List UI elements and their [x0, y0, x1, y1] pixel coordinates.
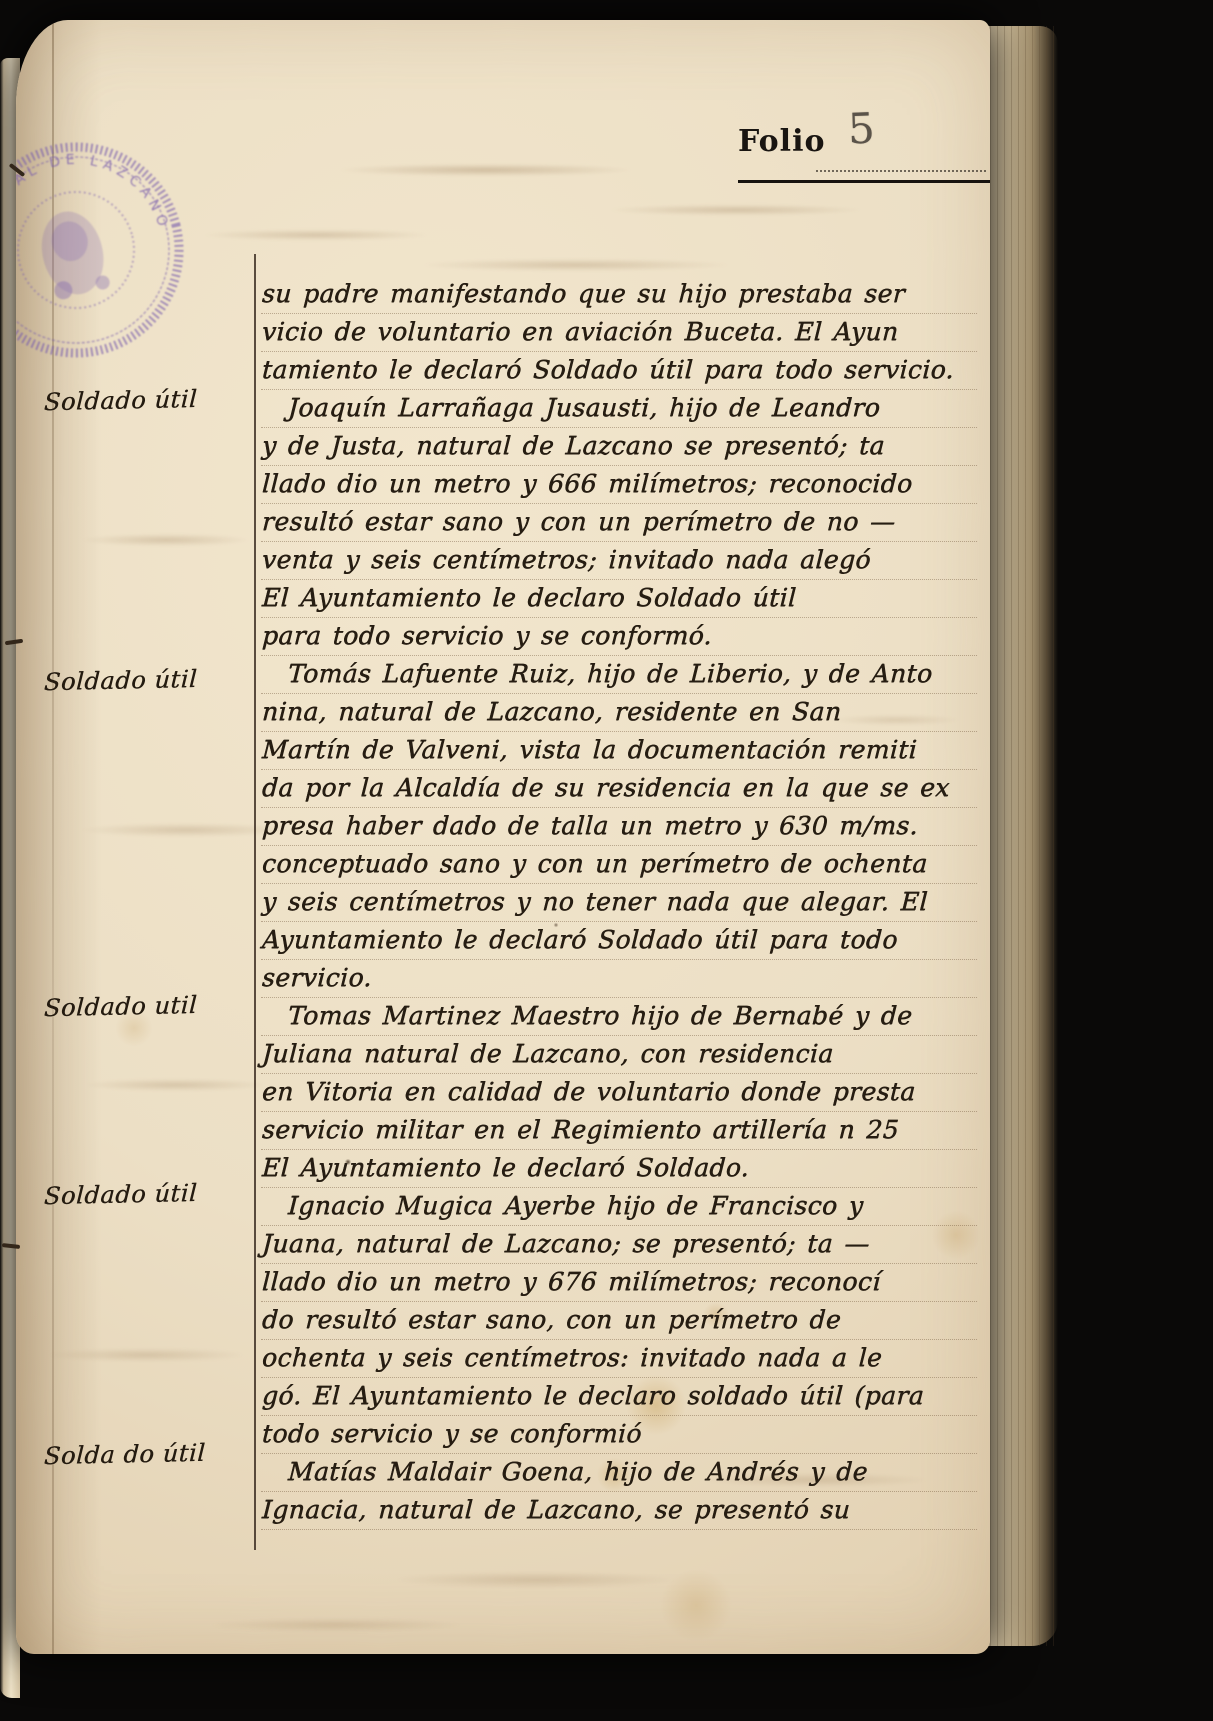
manuscript-line: Ignacio Mugica Ayerbe hijo de Francisco …	[261, 1188, 979, 1226]
margin-note: Soldado útil	[43, 664, 254, 696]
municipal-ink-stamp: CIONAL DE LAZCANO	[16, 128, 198, 372]
manuscript-line: Juana, natural de Lazcano; se presentó; …	[261, 1226, 979, 1264]
manuscript-line: Tomas Martinez Maestro hijo de Bernabé y…	[261, 998, 979, 1036]
manuscript-line: en Vitoria en calidad de voluntario dond…	[261, 1074, 979, 1112]
manuscript-line: y seis centímetros y no tener nada que a…	[261, 884, 979, 922]
folio-number: 5	[847, 104, 875, 154]
manuscript-line: conceptuado sano y con un perímetro de o…	[261, 846, 979, 884]
manuscript-line: gó. El Ayuntamiento le declaro soldado ú…	[261, 1378, 979, 1416]
manuscript-line: presa haber dado de talla un metro y 630…	[261, 808, 979, 846]
margin-note: Soldado útil	[43, 1178, 254, 1210]
manuscript-line: para todo servicio y se conformó.	[261, 618, 979, 656]
folio-underline	[738, 180, 990, 183]
manuscript-line: vicio de voluntario en aviación Buceta. …	[261, 314, 979, 352]
manuscript-line: servicio.	[261, 960, 979, 998]
manuscript-line: El Ayuntamiento le declaró Soldado.	[261, 1150, 979, 1188]
manuscript-line: llado dio un metro y 676 milímetros; rec…	[261, 1264, 979, 1302]
manuscript-line: todo servicio y se conformió	[261, 1416, 979, 1454]
manuscript-page: CIONAL DE LAZCANO Folio 5 Soldado útil S…	[16, 20, 990, 1654]
manuscript-line: resultó estar sano y con un perímetro de…	[261, 504, 979, 542]
manuscript-line: servicio militar en el Regimiento artill…	[261, 1112, 979, 1150]
manuscript-line: tamiento le declaró Soldado útil para to…	[261, 352, 979, 390]
manuscript-line: Tomás Lafuente Ruiz, hijo de Liberio, y …	[261, 656, 979, 694]
manuscript-line: nina, natural de Lazcano, residente en S…	[261, 694, 979, 732]
manuscript-line: llado dio un metro y 666 milímetros; rec…	[261, 466, 979, 504]
manuscript-line: su padre manifestando que su hijo presta…	[261, 276, 979, 314]
folio-dotted-line	[816, 170, 986, 172]
margin-note: Solda do útil	[43, 1438, 254, 1470]
manuscript-line: Ignacia, natural de Lazcano, se presentó…	[261, 1492, 979, 1530]
manuscript-line: ochenta y seis centímetros: invitado nad…	[261, 1340, 979, 1378]
margin-note: Soldado útil	[43, 384, 254, 416]
manuscript-line: Martín de Valveni, vista la documentació…	[261, 732, 979, 770]
manuscript-line: El Ayuntamiento le declaro Soldado útil	[261, 580, 979, 618]
manuscript-line: do resultó estar sano, con un perímetro …	[261, 1302, 979, 1340]
page-stack-edge	[984, 26, 1058, 1646]
manuscript-text-block: su padre manifestando que su hijo presta…	[262, 276, 978, 1530]
manuscript-line: Joaquín Larrañaga Jusausti, hijo de Lean…	[261, 390, 979, 428]
margin-rule-line	[254, 254, 256, 1550]
manuscript-line: Juliana natural de Lazcano, con residenc…	[261, 1036, 979, 1074]
manuscript-line: Matías Maldair Goena, hijo de Andrés y d…	[261, 1454, 979, 1492]
photograph-backdrop: CIONAL DE LAZCANO Folio 5 Soldado útil S…	[0, 0, 1213, 1721]
manuscript-line: Ayuntamiento le declaró Soldado útil par…	[261, 922, 979, 960]
manuscript-line: y de Justa, natural de Lazcano se presen…	[261, 428, 979, 466]
manuscript-line: venta y seis centímetros; invitado nada …	[261, 542, 979, 580]
margin-note: Soldado util	[43, 990, 254, 1022]
folio-label: Folio	[738, 124, 825, 159]
manuscript-line: da por la Alcaldía de su residencia en l…	[261, 770, 979, 808]
